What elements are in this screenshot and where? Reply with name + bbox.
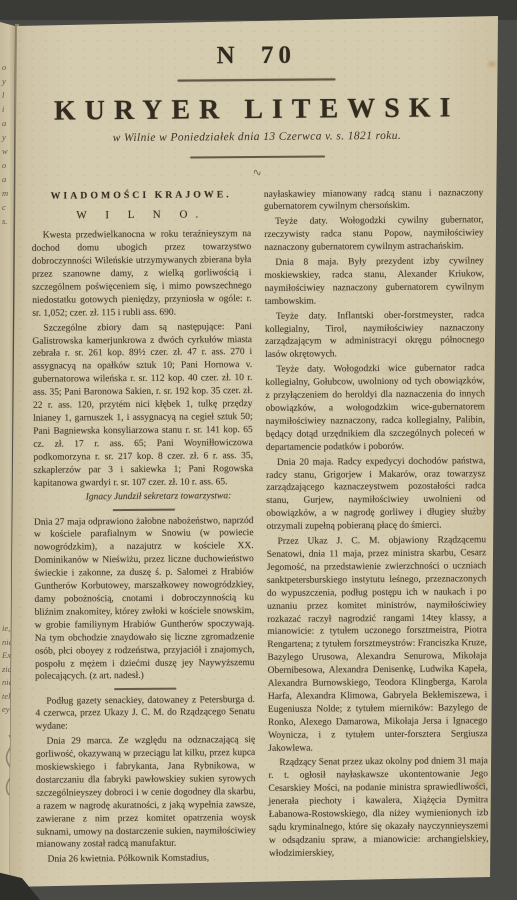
city-header-wilno: W I L N O. [31, 208, 251, 223]
right-column: nayłaskawiey mianowany radcą stanu i naz… [264, 187, 489, 865]
article-paragraph: Dnia 20 maja. Radcy expedycyi dochodów p… [266, 455, 486, 534]
article-paragraph: Podług gazety senackiey, datowaney z Pet… [35, 694, 255, 734]
masthead-rule-bottom [190, 155, 325, 158]
article-paragraph: Kwesta przedwielkanocna w roku teraźniey… [32, 228, 252, 320]
article-paragraph: Teyże daty. Wołogodzki cywilny gubernato… [264, 215, 484, 255]
article-columns: WIADOMOŚCI KRAJOWE. W I L N O. Kwesta pr… [31, 187, 488, 867]
issue-number: N 70 [30, 40, 482, 72]
signature-line: Ignacy Jundził sekretarz towarzystwa: [34, 490, 254, 505]
left-column: WIADOMOŚCI KRAJOWE. W I L N O. Kwesta pr… [31, 189, 256, 867]
article-paragraph: Dnia 8 maja. Były prezydent izby cywilne… [264, 255, 484, 308]
section-divider-rule [113, 509, 175, 511]
scanned-newspaper-page: o y l i a y w o a m c s. ie, nia Ex- zia… [0, 0, 517, 900]
newspaper-sheet: N 70 KURYER LITEWSKI w Wilnie w Poniedzi… [0, 0, 517, 900]
edge-text-fragments-top: o y l i a y w o a m c s. [2, 60, 8, 228]
article-paragraph: Dnia 27 maja odprawiono żałobne nabożeńs… [34, 515, 255, 685]
newspaper-title: KURYER LITEWSKI [31, 92, 483, 128]
article-paragraph: nayłaskawiey mianowany radcą stanu i naz… [264, 187, 484, 215]
section-divider-rule [114, 688, 176, 690]
article-paragraph: Szczególne zbiory dam są następujące: Pa… [32, 321, 253, 491]
page-content: N 70 KURYER LITEWSKI w Wilnie w Poniedzi… [30, 18, 489, 867]
masthead-rule-top [177, 78, 335, 81]
article-paragraph: Teyże daty. Inflantski ober-forstmeyster… [265, 309, 485, 362]
article-paragraph: Dnia 29 marca. Ze względu na odznaczając… [36, 734, 256, 852]
article-paragraph: Teyże daty. Wołogodzki wice gubernator r… [265, 362, 485, 454]
article-paragraph: Przez Ukaz J. C. M. objawiony Rządzącemu… [267, 534, 488, 755]
article-paragraph: Rządzący Senat przez ukaz okolny pod dni… [268, 756, 488, 861]
scanner-background-top [0, 0, 517, 20]
article-paragraph: Dnia 26 kwietnia. Półkownik Komstadius, [37, 852, 257, 867]
